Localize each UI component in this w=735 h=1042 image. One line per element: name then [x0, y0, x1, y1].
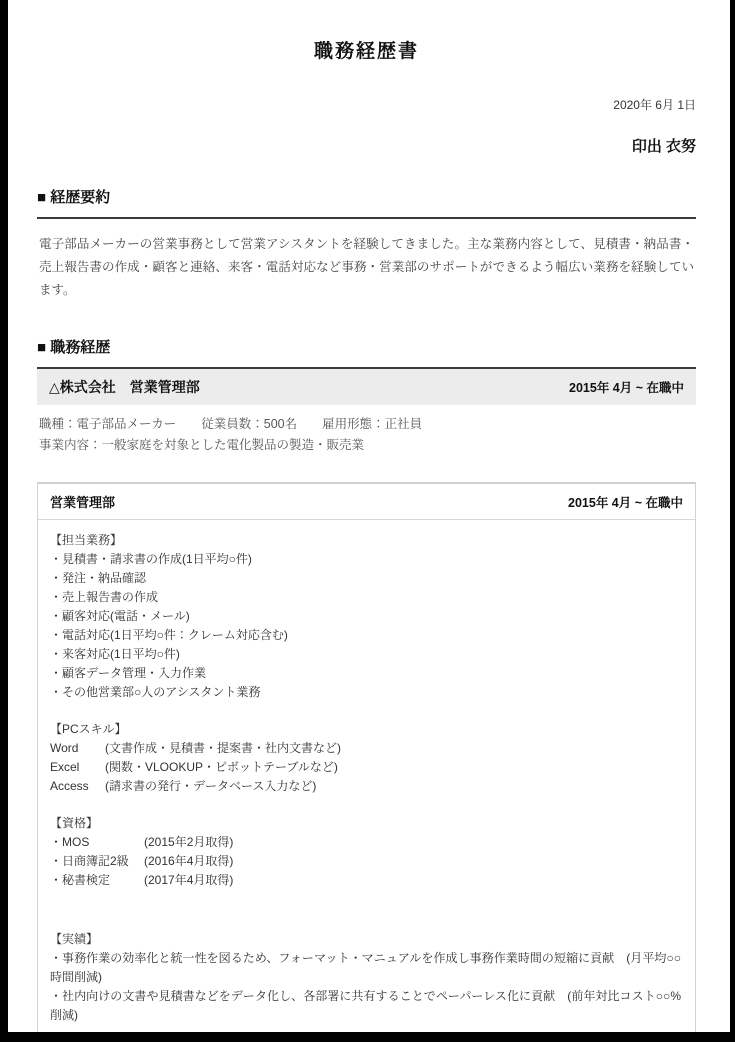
summary-text: 電子部品メーカーの営業事務として営業アシスタントを経験してきました。主な業務内容…: [37, 233, 696, 302]
company-details: 職種：電子部品メーカー 従業員数：500名 雇用形態：正社員 事業内容：一般家庭…: [37, 414, 696, 456]
qualification-date: (2016年4月取得): [144, 854, 233, 868]
duty-item: ・発注・納品確認: [50, 569, 681, 588]
company-period: 2015年 4月 ~ 在職中: [569, 378, 684, 396]
qualification-date: (2015年2月取得): [144, 835, 233, 849]
achievement-item: ・事務作業の効率化と統一性を図るため、フォーマット・マニュアルを作成し事務作業時…: [50, 949, 681, 987]
duty-item: ・電話対応(1日平均○件：クレーム対応含む): [50, 626, 681, 645]
pc-skill-item: Access(請求書の発行・データベース入力など): [50, 777, 681, 796]
summary-rule: [37, 217, 696, 219]
qualification-date: (2017年4月取得): [144, 873, 233, 887]
career-section: ■ 職務経歴 △株式会社 営業管理部 2015年 4月 ~ 在職中 職種：電子部…: [37, 336, 696, 1042]
company-header-bar: △株式会社 営業管理部 2015年 4月 ~ 在職中: [37, 369, 696, 405]
qualification-item: ・MOS(2015年2月取得): [50, 833, 681, 852]
duty-item: ・来客対応(1日平均○件): [50, 645, 681, 664]
pc-skill-desc: (関数・VLOOKUP・ピボットテーブルなど): [105, 760, 338, 774]
summary-heading: ■ 経歴要約: [37, 186, 696, 207]
achievements-heading: 【実績】: [50, 930, 681, 949]
duties-group: 【担当業務】 ・見積書・請求書の作成(1日平均○件) ・発注・納品確認 ・売上報…: [50, 531, 681, 702]
position-box-body: 【担当業務】 ・見積書・請求書の作成(1日平均○件) ・発注・納品確認 ・売上報…: [38, 520, 695, 1042]
pc-skill-desc: (請求書の発行・データベース入力など): [105, 779, 316, 793]
qualification-name: ・秘書検定: [50, 871, 144, 890]
qualification-item: ・日商簿記2級(2016年4月取得): [50, 852, 681, 871]
pc-skills-heading: 【PCスキル】: [50, 720, 681, 739]
applicant-name: 印出 衣努: [37, 135, 696, 156]
qualification-name: ・日商簿記2級: [50, 852, 144, 871]
duty-item: ・売上報告書の作成: [50, 588, 681, 607]
document-date: 2020年 6月 1日: [37, 96, 696, 113]
achievement-item: ・社内向けの文書や見積書などをデータ化し、各部署に共有することでペーパーレス化に…: [50, 987, 681, 1025]
pc-skill-desc: (文書作成・見積書・提案書・社内文書など): [105, 741, 341, 755]
position-box-header: 営業管理部 2015年 4月 ~ 在職中: [38, 484, 695, 520]
pc-skills-group: 【PCスキル】 Word(文書作成・見積書・提案書・社内文書など) Excel(…: [50, 720, 681, 796]
qualifications-heading: 【資格】: [50, 814, 681, 833]
company-details-line2: 事業内容：一般家庭を対象とした電化製品の製造・販売業: [39, 435, 696, 456]
company-name: △株式会社 営業管理部: [49, 377, 200, 397]
duty-item: ・見積書・請求書の作成(1日平均○件): [50, 550, 681, 569]
qualification-name: ・MOS: [50, 833, 144, 852]
resume-page: 職務経歴書 2020年 6月 1日 印出 衣努 ■ 経歴要約 電子部品メーカーの…: [0, 0, 735, 1042]
pc-skill-item: Word(文書作成・見積書・提案書・社内文書など): [50, 739, 681, 758]
pc-skill-tool: Access: [50, 777, 105, 796]
document-title: 職務経歴書: [37, 36, 696, 63]
career-heading: ■ 職務経歴: [37, 336, 696, 357]
qualifications-group: 【資格】 ・MOS(2015年2月取得) ・日商簿記2級(2016年4月取得) …: [50, 814, 681, 890]
summary-section: ■ 経歴要約 電子部品メーカーの営業事務として営業アシスタントを経験してきました…: [37, 186, 696, 302]
pc-skill-tool: Excel: [50, 758, 105, 777]
department-period: 2015年 4月 ~ 在職中: [568, 493, 683, 511]
pc-skill-item: Excel(関数・VLOOKUP・ピボットテーブルなど): [50, 758, 681, 777]
position-box: 営業管理部 2015年 4月 ~ 在職中 【担当業務】 ・見積書・請求書の作成(…: [37, 482, 696, 1042]
achievements-group: 【実績】 ・事務作業の効率化と統一性を図るため、フォーマット・マニュアルを作成し…: [50, 930, 681, 1025]
duty-item: ・顧客対応(電話・メール): [50, 607, 681, 626]
duty-item: ・顧客データ管理・入力作業: [50, 664, 681, 683]
pc-skill-tool: Word: [50, 739, 105, 758]
department-name: 営業管理部: [50, 492, 115, 511]
company-details-line1: 職種：電子部品メーカー 従業員数：500名 雇用形態：正社員: [39, 414, 696, 435]
duties-heading: 【担当業務】: [50, 531, 681, 550]
duty-item: ・その他営業部○人のアシスタント業務: [50, 683, 681, 702]
qualification-item: ・秘書検定(2017年4月取得): [50, 871, 681, 890]
